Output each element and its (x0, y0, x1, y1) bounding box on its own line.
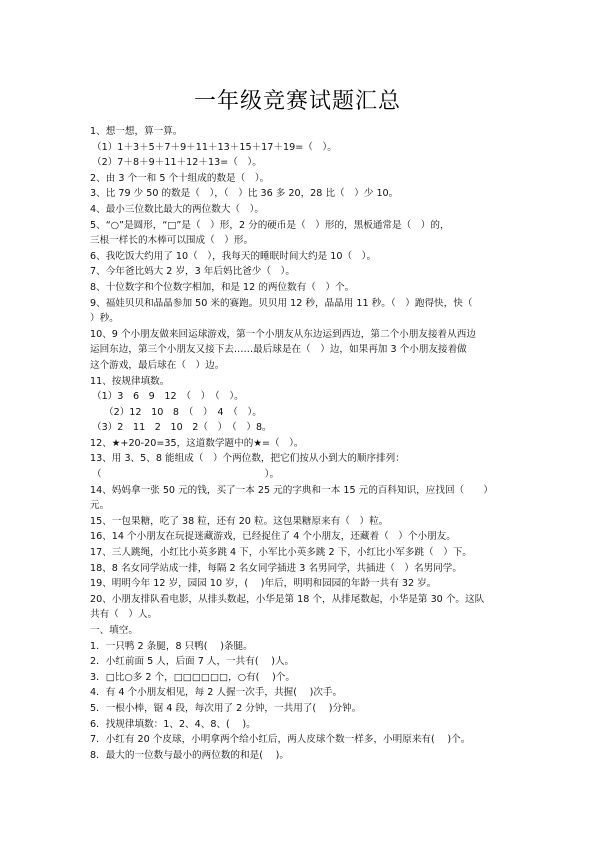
question-7: 7、今年爸比妈大 2 岁，3 年后妈比爸少（ ）。 (90, 264, 510, 280)
question-10-cont-1: 运回东边，第三个小朋友又接下去……最后球是在（ ）边，如果再加 3 个小朋友接着… (90, 342, 510, 358)
question-2: 2、由 3 个一和 5 个十组成的数是（ ）。 (90, 171, 510, 187)
fill-blank-2: 2．小红前面 5 人，后面 7 人，一共有( )人。 (90, 654, 510, 670)
question-8: 8、十位数字和个位数字相加，和是 12 的两位数有（ ）个。 (90, 280, 510, 296)
fill-blank-7: 7．小红有 20 个皮球，小明拿两个给小红后，两人皮球个数一样多，小明原来有( … (90, 732, 510, 748)
question-16: 16、14 个小朋友在玩捉迷藏游戏，已经捉住了 4 个小朋友，还藏着（ ）个小朋… (90, 529, 510, 545)
question-3: 3、比 79 少 50 的数是（ ），（ ）比 36 多 20，28 比（ ）少… (90, 186, 510, 202)
question-1-part-1: （1）1＋3＋5＋7＋9＋11＋13＋15＋17＋19=（ ）。 (90, 140, 510, 156)
question-10-cont-2: 这个游戏，最后球在（ ）边。 (90, 358, 510, 374)
question-1-part-2: （2）7＋8＋9＋11＋12＋13=（ ）。 (90, 155, 510, 171)
question-17: 17、三人跳绳，小红比小英多跳 4 下，小军比小英多跳 2 下，小红比小军多跳（… (90, 545, 510, 561)
fill-blank-3: 3．□比○多 2 个，□□□□□□，○有( )个。 (90, 670, 510, 686)
question-list: 1、想一想，算一算。 （1）1＋3＋5＋7＋9＋11＋13＋15＋17＋19=（… (90, 124, 510, 763)
question-6: 6、我吃饭大约用了 10（ ），我每天的睡眠时间大约是 10（ ）。 (90, 249, 510, 265)
question-20: 20、小朋友排队看电影，从排头数起，小华是第 18 个，从排尾数起，小华是第 3… (90, 592, 510, 608)
fill-blank-4: 4．有 4 个小朋友相见，每 2 人握一次手，共握( )次手。 (90, 685, 510, 701)
question-9: 9、福娃贝贝和晶晶参加 50 米的赛跑。贝贝用 12 秒，晶晶用 11 秒。（ … (90, 296, 510, 312)
question-5: 5、“○”是圆形，“□”是（ ）形，2 分的硬币是（ ）形的，黑板通常是（ ）的… (90, 218, 510, 234)
question-5-cont: 三根一样长的木棒可以围成（ ）形。 (90, 233, 510, 249)
question-14: 14、妈妈拿一张 50 元的钱，买了一本 25 元的字典和一本 15 元的百科知… (90, 483, 510, 499)
question-11-part-3: （3）2 11 2 10 2（ ） （ ）8。 (90, 420, 510, 436)
fill-blank-1: 1．一只鸭 2 条腿，8 只鸭( )条腿。 (90, 639, 510, 655)
question-13: 13、用 3、5、8 能组成（ ）个两位数，把它们按从小到大的顺序排列： (90, 451, 510, 467)
question-14-cont: 元。 (90, 498, 510, 514)
question-12: 12、★+20-20=35，这道数学题中的★=（ ）。 (90, 436, 510, 452)
question-4: 4、最小三位数比最大的两位数大（ ）。 (90, 202, 510, 218)
question-15: 15、一包果糖，吃了 38 粒，还有 20 粒。这包果糖原来有（ ）粒。 (90, 514, 510, 530)
question-10: 10、9 个小朋友做来回运球游戏，第一个小朋友从东边运到西边，第二个小朋友接着从… (90, 327, 510, 343)
fill-blank-8: 8．最大的一位数与最小的两位数的和是( )。 (90, 748, 510, 764)
fill-blank-5: 5．一根小棒，锯 4 段，每次用了 2 分钟，一共用了( )分钟。 (90, 701, 510, 717)
question-20-cont: 共有（ ）人。 (90, 607, 510, 623)
question-18: 18、8 名女同学站成一排，每隔 2 名女同学插进 3 名男同学，共插进（ ）名… (90, 561, 510, 577)
question-11-part-1: （1）3 6 9 12 （ ） （ ）。 (90, 389, 510, 405)
question-11-heading: 11、按规律填数。 (90, 374, 510, 390)
question-19: 19、明明今年 12 岁，园园 10 岁，( )年后，明明和园园的年龄一共有 3… (90, 576, 510, 592)
question-13-answer-blank: （ ）。 (90, 467, 510, 483)
document-title: 一年级竞赛试题汇总 (0, 88, 595, 116)
document-page: 一年级竞赛试题汇总 1、想一想，算一算。 （1）1＋3＋5＋7＋9＋11＋13＋… (0, 0, 595, 842)
question-1-heading: 1、想一想，算一算。 (90, 124, 510, 140)
fill-blank-6: 6．找规律填数：1、2、4、8、( )。 (90, 717, 510, 733)
section-fill-blank-heading: 一、填空。 (90, 623, 510, 639)
question-9-cont: ）秒。 (90, 311, 510, 327)
question-11-part-2: （2）12 10 8 （ ） 4 （ ）。 (90, 405, 510, 421)
